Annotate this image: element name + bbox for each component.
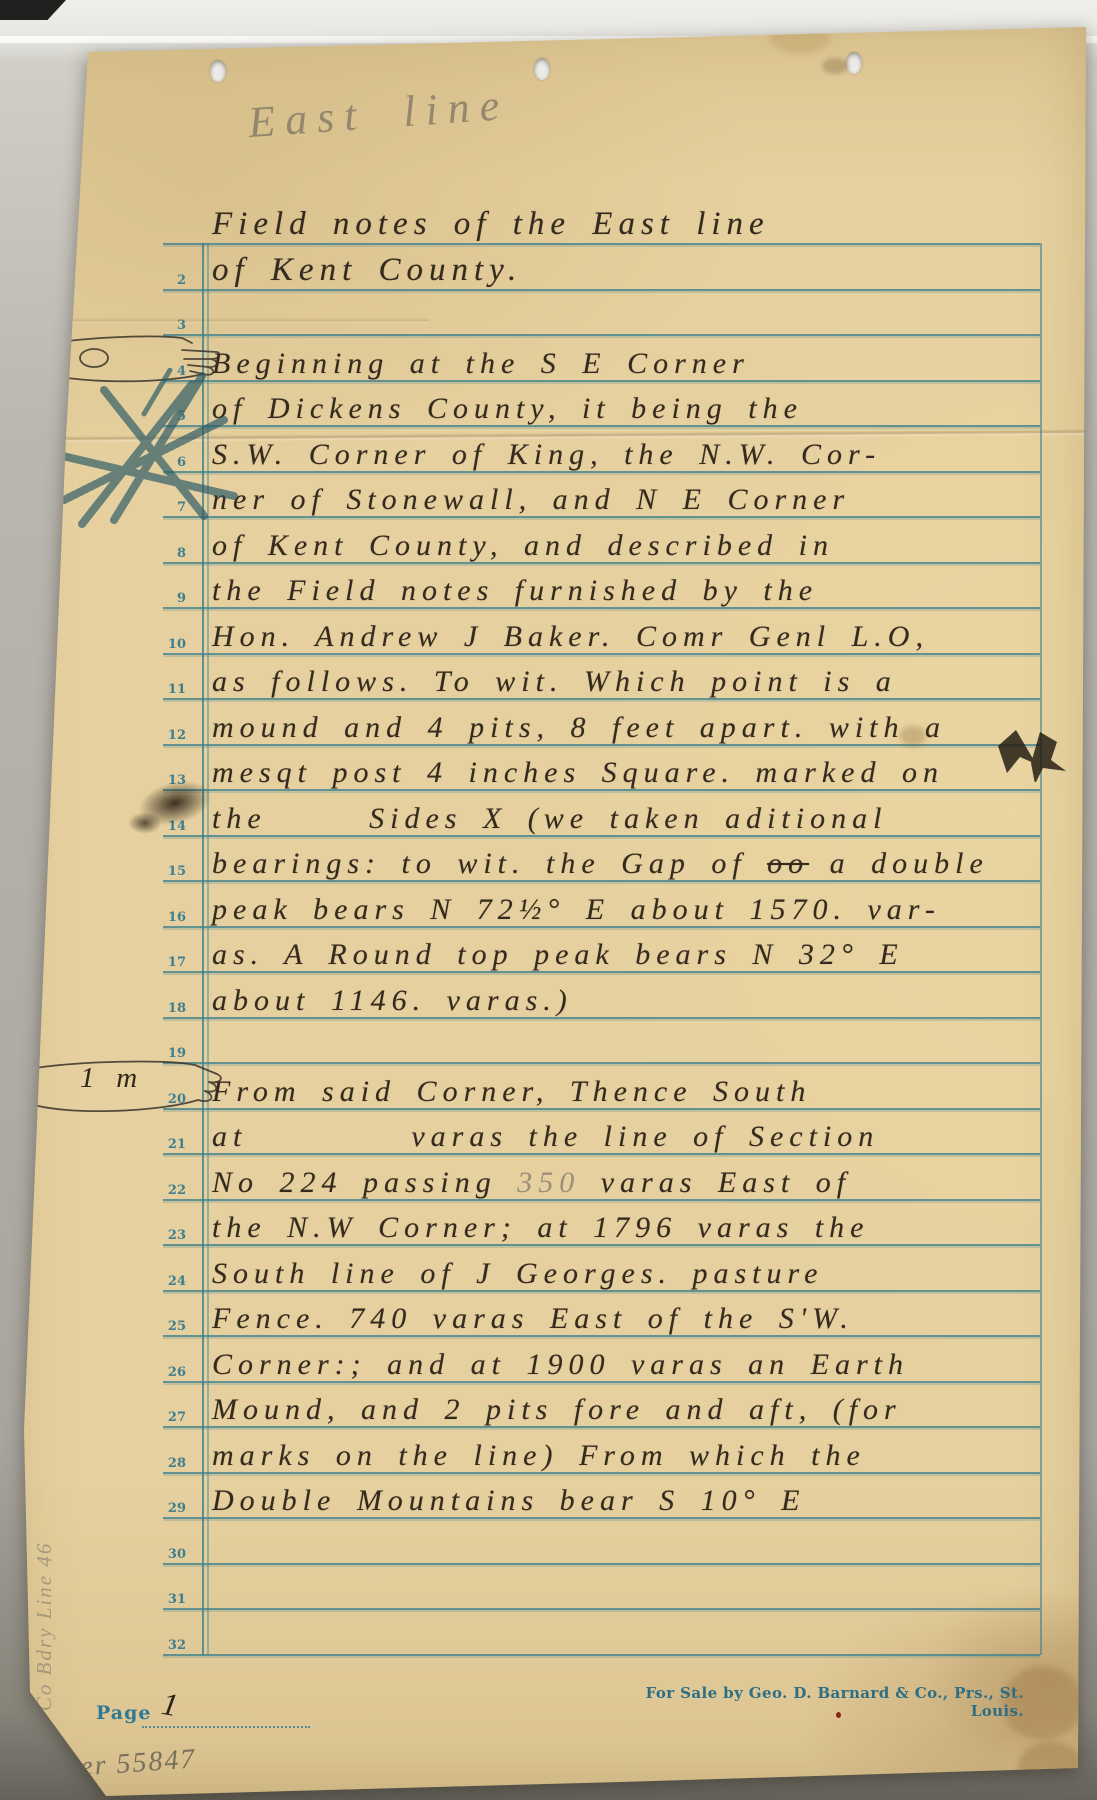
handwriting-line: Double Mountains bear S 10° E (212, 1481, 805, 1521)
handwriting-line: peak bears N 72½° E about 1570. var- (212, 890, 941, 930)
handwriting-line: S.W. Corner of King, the N.W. Cor- (212, 435, 881, 475)
line-number: 23 (152, 1228, 186, 1243)
handwriting-line: mound and 4 pits, 8 feet apart. with a (212, 708, 946, 748)
scanned-document: East line Field notes of the East line2o… (0, 0, 1097, 1800)
ruled-line (163, 1062, 1040, 1064)
ink-blot (128, 812, 162, 834)
handwriting-line: as. A Round top peak bears N 32° E (212, 935, 904, 975)
crayon-scribble (52, 368, 242, 530)
handwriting-segment: of Kent County. (212, 252, 522, 288)
line-number: 2 (152, 273, 186, 288)
handwriting-line: about 1146. varas.) (212, 981, 573, 1021)
stain (770, 20, 830, 54)
handwriting-line: as follows. To wit. Which point is a (212, 662, 897, 702)
smudge-mark (822, 58, 848, 74)
handwriting-line: Mound, and 2 pits fore and aft, (for (212, 1390, 902, 1430)
margin-annotation: 1 m (80, 1062, 137, 1095)
handwriting-line: South line of J Georges. pasture (212, 1254, 823, 1294)
handwriting-line: Corner:; and at 1900 varas an Earth (212, 1345, 909, 1385)
line-number: 9 (152, 591, 186, 606)
ruled-line (163, 1654, 1040, 1656)
handwriting-line: the Sides X (we taken aditional (212, 799, 887, 839)
handwriting-segment: Beginning at the S E Corner (212, 347, 750, 380)
handwriting-line: of Kent County. (212, 250, 522, 290)
printer-imprint: For Sale by Geo. D. Barnard & Co., Prs.,… (640, 1684, 1024, 1720)
handwriting-line: From said Corner, Thence South (212, 1072, 811, 1112)
handwriting-segment: Double Mountains bear S 10° E (212, 1484, 805, 1517)
line-number: 27 (152, 1410, 186, 1425)
handwriting-segment: oo (767, 847, 809, 880)
ruled-line (163, 1608, 1040, 1610)
right-margin-rule (1040, 243, 1042, 1655)
handwriting-segment: ner of Stonewall, and N E Corner (212, 483, 850, 516)
line-number: 26 (152, 1365, 186, 1380)
handwriting-line: of Kent County, and described in (212, 526, 834, 566)
handwriting-segment: Fence. 740 varas East of the S'W. (212, 1302, 854, 1335)
line-number: 29 (152, 1501, 186, 1516)
handwriting-segment: South line of J Georges. pasture (212, 1257, 823, 1290)
handwriting-line: at varas the line of Section (212, 1117, 879, 1157)
ledger-paper: East line Field notes of the East line2o… (0, 0, 1097, 1800)
handwriting-segment: Field notes of the East line (212, 206, 770, 242)
line-number: 11 (152, 682, 186, 697)
handwriting-segment: a double (809, 847, 989, 880)
handwriting-segment: of Kent County, and described in (212, 529, 834, 562)
handwriting-segment: Corner:; and at 1900 varas an Earth (212, 1348, 909, 1381)
line-number: 12 (152, 728, 186, 743)
ink-blot (988, 722, 1080, 782)
line-number: 21 (152, 1137, 186, 1152)
handwriting-segment: Hon. Andrew J Baker. Comr Genl L.O, (212, 620, 929, 653)
line-number: 25 (152, 1319, 186, 1334)
ruled-line (163, 1563, 1040, 1565)
line-number: 24 (152, 1274, 186, 1289)
line-number: 30 (152, 1547, 186, 1562)
handwriting-segment: about 1146. varas.) (212, 984, 573, 1017)
line-number: 10 (152, 637, 186, 652)
handwriting-segment: as follows. To wit. Which point is a (212, 665, 897, 698)
handwriting-line: Beginning at the S E Corner (212, 344, 750, 384)
line-number: 8 (152, 546, 186, 561)
handwriting-line: the N.W Corner; at 1796 varas the (212, 1208, 869, 1248)
handwriting-segment: 350 (517, 1166, 580, 1199)
handwriting-line: bearings: to wit. the Gap of oo a double (212, 844, 989, 884)
handwriting-segment: as. A Round top peak bears N 32° E (212, 938, 904, 971)
handwriting-line: marks on the line) From which the (212, 1436, 866, 1476)
handwriting-segment: at varas the line of Section (212, 1120, 879, 1153)
paper-crease (0, 318, 430, 324)
handwriting-line: ner of Stonewall, and N E Corner (212, 480, 850, 520)
punch-hole (534, 58, 550, 80)
line-number: 22 (152, 1183, 186, 1198)
line-number: 17 (152, 955, 186, 970)
stain (1018, 1742, 1084, 1794)
line-number: 32 (152, 1638, 186, 1653)
handwriting-segment: the Field notes furnished by the (212, 574, 818, 607)
handwriting-segment: Mound, and 2 pits fore and aft, (for (212, 1393, 902, 1426)
handwriting-segment: the Sides X (we taken aditional (212, 802, 887, 835)
line-number: 28 (152, 1456, 186, 1471)
handwriting-line: mesqt post 4 inches Square. marked on (212, 753, 944, 793)
line-number: 16 (152, 910, 186, 925)
handwriting-segment: mound and 4 pits, 8 feet apart. with a (212, 711, 946, 744)
punch-hole (210, 60, 226, 82)
margin-note-vertical: Kent Co Bdry Line 46 (32, 1386, 57, 1766)
handwriting-segment: varas East of (580, 1166, 851, 1199)
handwriting-segment: From said Corner, Thence South (212, 1075, 811, 1108)
handwriting-segment: S.W. Corner of King, the N.W. Cor- (212, 438, 881, 471)
handwriting-segment: the N.W Corner; at 1796 varas the (212, 1211, 869, 1244)
handwriting-segment: of Dickens County, it being the (212, 392, 803, 425)
handwriting-line: of Dickens County, it being the (212, 389, 803, 429)
handwriting-line: Field notes of the East line (212, 204, 770, 244)
handwriting-line: Fence. 740 varas East of the S'W. (212, 1299, 854, 1339)
handwriting-segment: peak bears N 72½° E about 1570. var- (212, 893, 941, 926)
ruled-line (163, 334, 1040, 336)
handwriting-segment: No 224 passing (212, 1166, 517, 1199)
handwriting-segment: bearings: to wit. the Gap of (212, 847, 767, 880)
handwriting-line: No 224 passing 350 varas East of (212, 1163, 851, 1203)
handwriting-line: Hon. Andrew J Baker. Comr Genl L.O, (212, 617, 929, 657)
punch-hole (846, 52, 862, 74)
line-number: 15 (152, 864, 186, 879)
stain (900, 726, 926, 746)
paper-shadow-wrap: East line Field notes of the East line2o… (0, 0, 1097, 1800)
handwriting-line: the Field notes furnished by the (212, 571, 818, 611)
handwriting-segment: mesqt post 4 inches Square. marked on (212, 756, 944, 789)
line-number: 31 (152, 1592, 186, 1607)
line-number: 18 (152, 1001, 186, 1016)
handwriting-segment: marks on the line) From which the (212, 1439, 866, 1472)
